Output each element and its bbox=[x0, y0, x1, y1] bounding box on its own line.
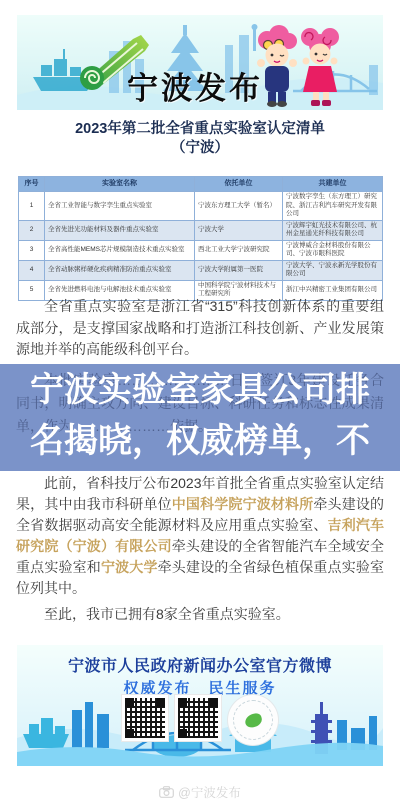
p2-highlight-org1: 中国科学院宁波材料所 bbox=[172, 496, 314, 512]
cell-host: 宁波大学附属第一医院 bbox=[195, 260, 283, 280]
cell-lab: 全省先进光功能材料及器件重点实验室 bbox=[45, 220, 195, 240]
qr-code bbox=[122, 695, 168, 741]
paragraph-1: 全省重点实验室是浙江省“315”科技创新体系的重要组成部分，是支撑国家战略和打造… bbox=[16, 296, 384, 361]
cell-partners: 宁波博威合金材料股份有限公司、宁波市眼科医院 bbox=[283, 240, 383, 260]
lab-table: 序号 实验室名称 依托单位 共建单位 1 全省工业智能与数字孪生重点实验室 宁波… bbox=[18, 176, 383, 301]
paragraph-2: 此前，省科技厅公布2023年首批全省重点实验室认定结果，其中由我市科研单位中国科… bbox=[16, 473, 384, 599]
table-title-line2: （宁波） bbox=[0, 139, 400, 158]
cell-host: 西北工业大学宁波研究院 bbox=[195, 240, 283, 260]
table-row: 1 全省工业智能与数字孪生重点实验室 宁波东方理工大学（暂名） 宁波数字孪生（东… bbox=[19, 192, 383, 221]
badge-logo-icon bbox=[243, 712, 263, 729]
cell-lab: 全省动脉粥样硬化疾病精准防治重点实验室 bbox=[45, 260, 195, 280]
footer-title: 宁波市人民政府新闻办公室官方微博 bbox=[17, 653, 383, 676]
camera-icon bbox=[159, 786, 174, 798]
round-badge-qr bbox=[228, 695, 278, 745]
p2-highlight-org3: 宁波大学 bbox=[101, 559, 158, 575]
qr-code-row bbox=[17, 695, 383, 745]
col-header-lab: 实验室名称 bbox=[45, 177, 195, 192]
cell-partners: 宁波大学、宁波永新光学股份有限公司 bbox=[283, 260, 383, 280]
headline-overlay: 本批实验室……………………日，签订3年建设任务合同书，明确主攻方向、建设目标、科… bbox=[0, 364, 400, 471]
table-row: 4 全省动脉粥样硬化疾病精准防治重点实验室 宁波大学附属第一医院 宁波大学、宁波… bbox=[19, 260, 383, 280]
cell-partners: 宁波数字孪生（东方理工）研究院、浙江吉利汽车研究开发有限公司 bbox=[283, 192, 383, 221]
cell-no: 3 bbox=[19, 240, 45, 260]
paragraph-3: 至此，我市已拥有8家全省重点实验室。 bbox=[16, 604, 384, 626]
watermark-text: @宁波发布 bbox=[178, 783, 241, 801]
mascots-illustration bbox=[253, 25, 339, 109]
cell-lab: 全省工业智能与数字孪生重点实验室 bbox=[45, 192, 195, 221]
qr-code bbox=[175, 695, 221, 741]
qr-markers bbox=[178, 698, 187, 707]
table-row: 2 全省先进光功能材料及器件重点实验室 宁波大学 宁波辉宇虹光技术有限公司、杭州… bbox=[19, 220, 383, 240]
qr-markers bbox=[125, 698, 134, 707]
cell-no: 2 bbox=[19, 220, 45, 240]
col-header-partners: 共建单位 bbox=[283, 177, 383, 192]
headline-title: 宁波实验室家具公司排名揭晓，权威榜单，不 bbox=[24, 365, 376, 467]
header-banner: 宁波发布 bbox=[17, 15, 383, 110]
article-page: 宁波发布 bbox=[0, 0, 400, 807]
col-header-host: 依托单位 bbox=[195, 177, 283, 192]
table-header-row: 序号 实验室名称 依托单位 共建单位 bbox=[19, 177, 383, 192]
brand-title: 宁波发布 bbox=[127, 63, 263, 108]
table-row: 3 全省高性能MEMS芯片规模制造技术重点实验室 西北工业大学宁波研究院 宁波博… bbox=[19, 240, 383, 260]
cell-host: 宁波大学 bbox=[195, 220, 283, 240]
footer-banner: 宁波市人民政府新闻办公室官方微博 权威发布 民生服务 bbox=[17, 645, 383, 766]
cell-host: 宁波东方理工大学（暂名） bbox=[195, 192, 283, 221]
cell-lab: 全省高性能MEMS芯片规模制造技术重点实验室 bbox=[45, 240, 195, 260]
cell-partners: 宁波辉宇虹光技术有限公司、杭州金星通光纤科技有限公司 bbox=[283, 220, 383, 240]
cell-no: 1 bbox=[19, 192, 45, 221]
table-title-line1: 2023年第二批全省重点实验室认定清单 bbox=[0, 120, 400, 139]
table-title: 2023年第二批全省重点实验室认定清单 （宁波） bbox=[0, 120, 400, 158]
col-header-no: 序号 bbox=[19, 177, 45, 192]
watermark: @宁波发布 bbox=[0, 783, 400, 801]
cell-no: 4 bbox=[19, 260, 45, 280]
